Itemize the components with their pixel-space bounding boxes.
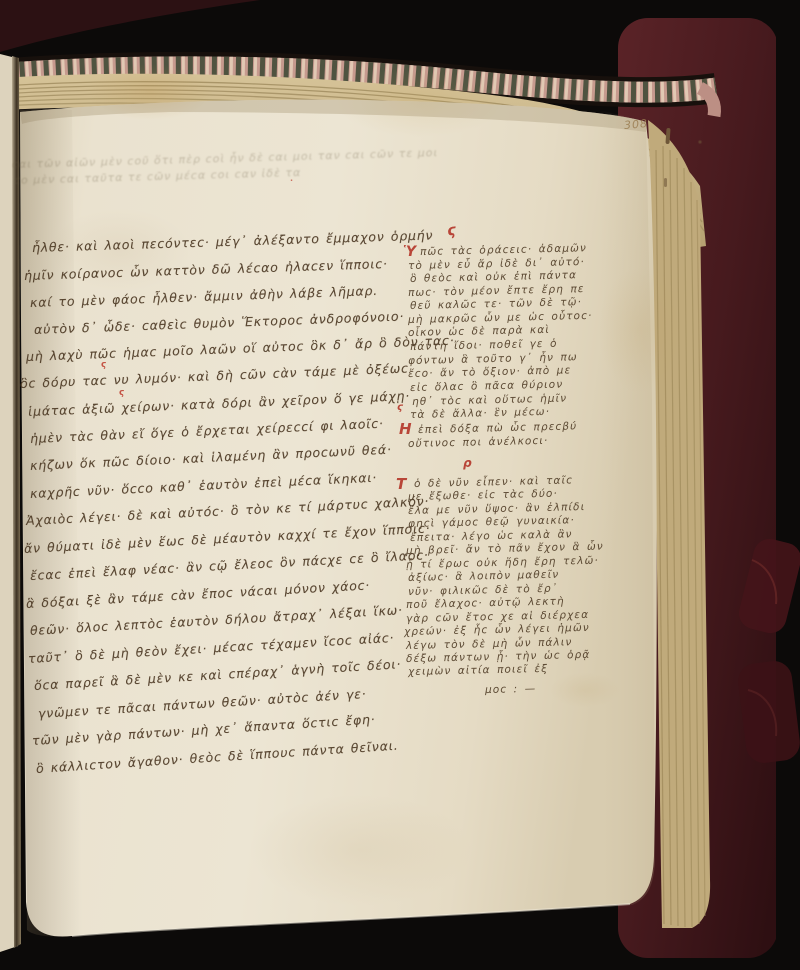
rubric-mark: ϛ [397,402,403,413]
manuscript-photo: 308 ϲαι τῶν αἰῶν μὲν ϲοῦ ὅτι πὲρ ϲοὶ ἦν … [0,0,800,970]
commentary-colophon: μοϲ : — [485,683,537,696]
rubric-mark: ϛ [119,388,124,398]
rubric-numeral: ρ [463,456,472,470]
rubric-mark: ϛ [101,360,106,370]
rubric-initial: Τ [396,475,406,493]
rubric-initial: Ὑ [403,244,416,260]
facing-page-sliver [0,54,21,952]
rubric-initial: Η [399,420,412,438]
rubric-mark: · [290,176,293,185]
folio-number: 308 [623,117,648,132]
